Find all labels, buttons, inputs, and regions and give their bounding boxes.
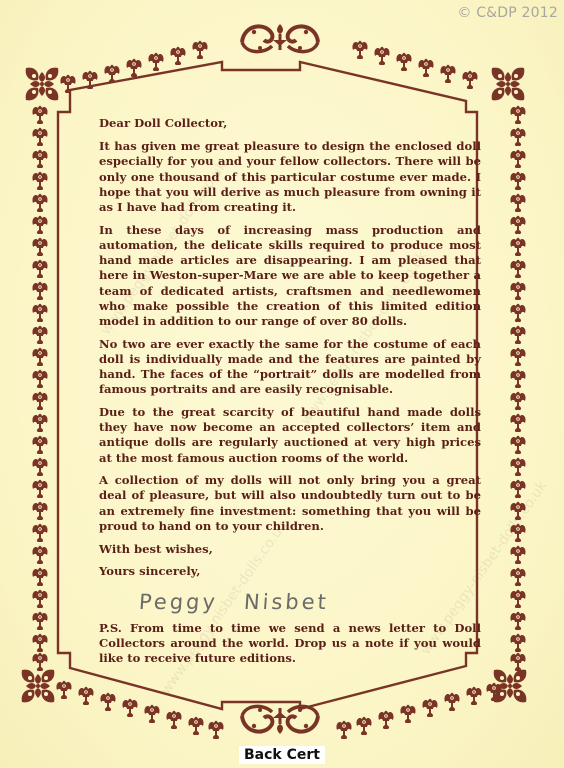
salutation: Dear Doll Collector, [99,116,481,131]
closing-wishes: With best wishes, [99,542,481,557]
handwritten-signature: PeggyNisbet [138,587,482,617]
paragraph: It has given me great pleasure to design… [99,139,481,215]
certificate-page: www.peggy-nisbet-dolls.co.uk www.peggy-n… [0,0,564,768]
paragraph: No two are ever exactly the same for the… [99,337,481,398]
paragraph: In these days of increasing mass product… [99,223,481,329]
signature-first-name: Peggy [138,587,219,617]
closing-sincerely: Yours sincerely, [99,564,481,579]
image-caption: Back Cert [0,744,564,763]
paragraph: Due to the great scarcity of beautiful h… [99,405,481,466]
postscript: P.S. From time to time we send a news le… [99,621,481,667]
caption-label: Back Cert [239,746,325,764]
paragraph: A collection of my dolls will not only b… [99,473,481,534]
letter-body: Dear Doll Collector, It has given me gre… [99,116,481,674]
signature-last-name: Nisbet [243,587,330,617]
